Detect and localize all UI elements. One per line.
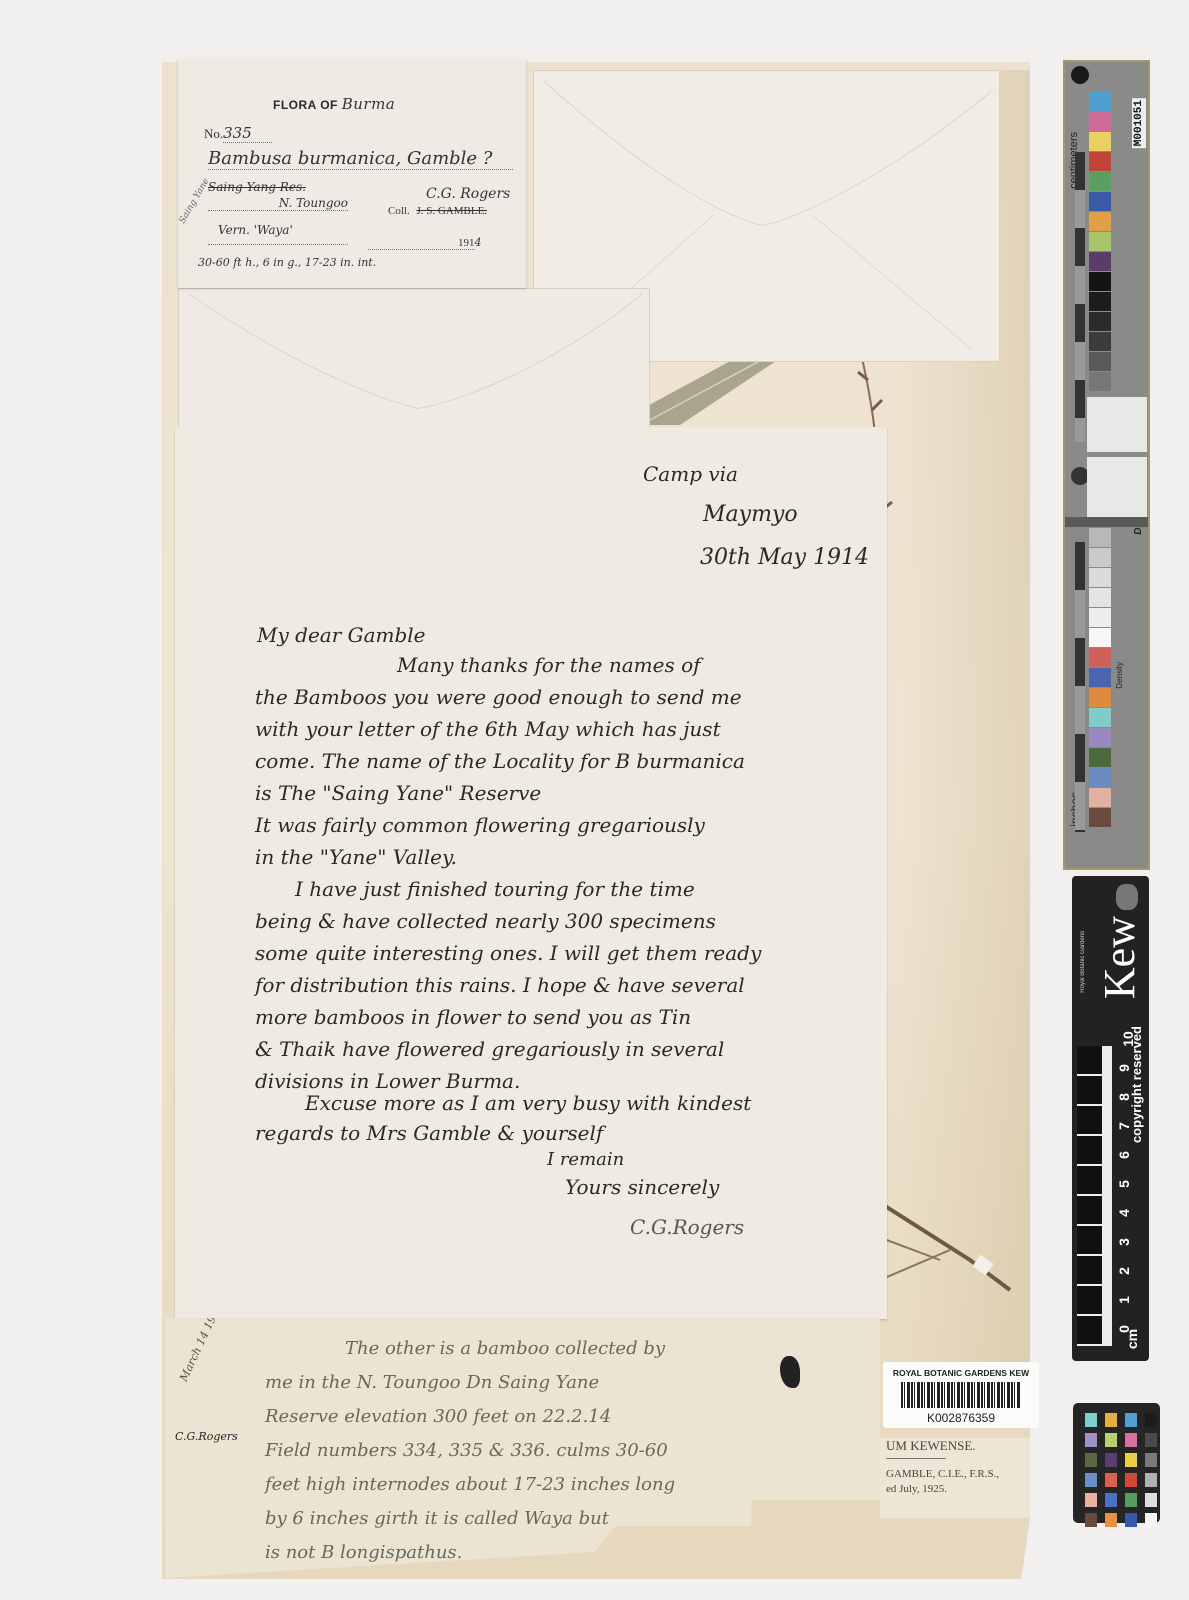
kew-scale-number: 5	[1116, 1180, 1132, 1188]
color-checker-cell	[1125, 1453, 1137, 1467]
letter-place-line2: Maymyo	[703, 502, 798, 527]
label-blank-line	[208, 244, 348, 245]
color-checker-cell	[1125, 1513, 1137, 1527]
color-checker-cell	[1105, 1433, 1117, 1447]
note-line: Field numbers 334, 335 & 336. culms 30-6…	[265, 1440, 668, 1461]
note-line: is not B longispathus.	[265, 1542, 462, 1563]
color-swatch	[1089, 112, 1111, 131]
kew-scale-bar: Kew Royal Botanic Gardens copyright rese…	[1072, 876, 1149, 1361]
color-swatch	[1089, 668, 1111, 687]
letter-line: in the "Yane" Valley.	[255, 845, 457, 869]
kew-scale-number: 7	[1116, 1122, 1132, 1130]
color-checker-cell	[1085, 1453, 1097, 1467]
ruler-resolution-target	[1087, 457, 1147, 517]
color-checker-cell	[1085, 1493, 1097, 1507]
note-line: The other is a bamboo collected by	[345, 1338, 665, 1359]
color-swatch	[1089, 212, 1111, 231]
letter-line: with your letter of the 6th May which ha…	[255, 717, 721, 741]
label-number-row: No.335	[204, 124, 272, 142]
color-checker-cell	[1145, 1493, 1157, 1507]
kew-unit: cm	[1124, 1329, 1140, 1349]
letter-line: is The "Saing Yane" Reserve	[255, 781, 541, 805]
letter-salutation: My dear Gamble	[257, 623, 426, 647]
color-swatch	[1089, 628, 1111, 647]
color-swatch	[1089, 312, 1111, 331]
color-checker-cell	[1125, 1473, 1137, 1487]
collector-struck: J. S. GAMBLE.	[416, 205, 487, 217]
kew-scale-number: 6	[1116, 1151, 1132, 1159]
color-swatch	[1089, 252, 1111, 271]
letter-signature: C.G.Rogers	[630, 1215, 744, 1239]
color-swatch	[1089, 132, 1111, 151]
color-swatch	[1089, 808, 1111, 827]
specimen-number: 335	[223, 124, 272, 143]
ruler-id: M001051	[1132, 98, 1146, 148]
kew-scale-number: 2	[1116, 1267, 1132, 1275]
color-swatch	[1089, 372, 1111, 391]
ruler-swatches-top	[1089, 92, 1111, 392]
vernacular-name: Vern. 'Waya'	[218, 223, 293, 237]
color-checker-cell	[1105, 1493, 1117, 1507]
color-swatch	[1089, 272, 1111, 291]
royal-crest-icon	[1116, 884, 1138, 910]
letter-line: more bamboos in flower to send you as Ti…	[255, 1005, 691, 1029]
letter-line: I have just finished touring for the tim…	[295, 877, 695, 901]
letter-line: come. The name of the Locality for B bur…	[255, 749, 745, 773]
color-swatch	[1089, 728, 1111, 747]
printed-herbarium-label: UM KEWENSE. GAMBLE, C.I.E., F.R.S., ed J…	[880, 1438, 1030, 1518]
color-swatch	[1089, 232, 1111, 251]
letter-line: for distribution this rains. I hope & ha…	[255, 973, 745, 997]
letter-line: being & have collected nearly 300 specim…	[255, 909, 716, 933]
color-swatch	[1089, 788, 1111, 807]
letter-line: regards to Mrs Gamble & yourself	[255, 1121, 603, 1145]
color-swatch	[1089, 648, 1111, 667]
color-checker-card	[1073, 1403, 1160, 1523]
barcode-bars	[901, 1382, 1021, 1408]
color-checker-cell	[1105, 1473, 1117, 1487]
kew-subtitle: Royal Botanic Gardens	[1080, 931, 1086, 993]
locality-line2: N. Toungoo	[208, 196, 348, 211]
locality-line1: Saing Yang Res.	[208, 180, 306, 194]
ruler-density-label: Density	[1115, 662, 1124, 689]
note-line: Reserve elevation 300 feet on 22.2.14	[265, 1406, 611, 1427]
color-checker-cell	[1085, 1433, 1097, 1447]
color-checker-cell	[1085, 1473, 1097, 1487]
kew-logo: Kew	[1094, 916, 1145, 999]
specimen-label: FLORA OF Burma No.335 Bambusa burmanica,…	[178, 58, 526, 288]
kew-scale-number: 8	[1116, 1093, 1132, 1101]
printed-label-line: UM KEWENSE.	[886, 1438, 976, 1454]
letter-line: & Thaik have flowered gregariously in se…	[255, 1037, 724, 1061]
color-checker-cell	[1105, 1453, 1117, 1467]
color-swatch	[1089, 332, 1111, 351]
color-checker-cell	[1125, 1433, 1137, 1447]
color-checker-cell	[1145, 1473, 1157, 1487]
handwritten-letter: Camp via Maymyo 30th May 1914 My dear Ga…	[175, 427, 887, 1319]
label-year: 1914	[368, 236, 482, 249]
label-notes: 30-60 ft h., 6 in g., 17-23 in. int.	[198, 256, 376, 269]
color-swatch	[1089, 172, 1111, 191]
ink-blot	[780, 1356, 800, 1388]
color-swatch	[1089, 352, 1111, 371]
note-line: feet high internodes about 17-23 inches …	[265, 1474, 675, 1495]
ruler-hole	[1071, 66, 1089, 84]
color-swatch	[1089, 768, 1111, 787]
ruler-swatches-bottom	[1089, 528, 1111, 828]
color-swatch	[1089, 548, 1111, 567]
color-checker-cell	[1085, 1413, 1097, 1427]
color-swatch	[1089, 192, 1111, 211]
collector-name: C.G. Rogers	[426, 186, 510, 202]
letter-place-line1: Camp via	[643, 462, 738, 486]
color-swatch	[1089, 152, 1111, 171]
ruler-divider	[1065, 517, 1148, 527]
color-swatch	[1089, 588, 1111, 607]
color-swatch	[1089, 688, 1111, 707]
color-checker-cell	[1085, 1513, 1097, 1527]
ruler-in-scale	[1075, 542, 1085, 832]
color-swatch	[1089, 748, 1111, 767]
color-checker-cell	[1145, 1453, 1157, 1467]
color-checker-cell	[1105, 1413, 1117, 1427]
kew-scale-number: 9	[1116, 1064, 1132, 1072]
printed-label-line: ed July, 1925.	[886, 1483, 947, 1495]
letter-line: Many thanks for the names of	[397, 653, 701, 677]
letter-line: divisions in Lower Burma.	[255, 1069, 520, 1093]
letter-line: It was fairly common flowering gregariou…	[255, 813, 705, 837]
note-line: me in the N. Toungoo Dn Saing Yane	[265, 1372, 599, 1393]
color-checker-cell	[1145, 1513, 1157, 1527]
barcode-label: ROYAL BOTANIC GARDENS KEW K002876359	[883, 1362, 1039, 1428]
letter-line: the Bamboos you were good enough to send…	[255, 685, 742, 709]
ruler-cm-scale	[1075, 152, 1085, 442]
letter-date: 30th May 1914	[700, 545, 869, 570]
color-checker-cell	[1145, 1433, 1157, 1447]
kew-scale-number: 1	[1116, 1296, 1132, 1304]
color-swatch	[1089, 92, 1111, 111]
color-swatch	[1089, 292, 1111, 311]
specimen-envelope-small[interactable]	[178, 288, 650, 433]
kew-scale-number: 3	[1116, 1238, 1132, 1246]
printed-label-rule	[886, 1458, 946, 1459]
kew-scale-number: 10	[1120, 1031, 1136, 1047]
locality-annotation: Saing Yane	[178, 177, 212, 226]
color-swatch	[1089, 568, 1111, 587]
color-swatch	[1089, 528, 1111, 547]
ruler-resolution-target	[1087, 397, 1147, 452]
color-checker-cell	[1145, 1413, 1157, 1427]
color-checker-cell	[1125, 1413, 1137, 1427]
kew-cm-scale	[1077, 1046, 1112, 1346]
barcode-institution: ROYAL BOTANIC GARDENS KEW	[883, 1368, 1039, 1378]
printed-label-line: GAMBLE, C.I.E., F.R.S.,	[886, 1468, 999, 1480]
note-line: by 6 inches girth it is called Waya but	[265, 1508, 609, 1529]
color-swatch	[1089, 608, 1111, 627]
label-header: FLORA OF Burma	[273, 95, 395, 113]
note-side-signature: C.G.Rogers	[175, 1430, 238, 1443]
taxon-name: Bambusa burmanica, Gamble ?	[208, 148, 513, 170]
color-checker-cell	[1105, 1513, 1117, 1527]
letter-closing: Yours sincerely	[565, 1175, 719, 1199]
collector-row: Coll. J. S. GAMBLE.	[388, 205, 487, 217]
color-calibration-ruler: centimeters inches M001051 Don Williams …	[1063, 60, 1150, 870]
letter-closing: I remain	[547, 1149, 624, 1170]
letter-line: some quite interesting ones. I will get …	[255, 941, 761, 965]
color-swatch	[1089, 708, 1111, 727]
letter-line: Excuse more as I am very busy with kinde…	[305, 1091, 751, 1115]
kew-scale-number: 4	[1116, 1209, 1132, 1217]
barcode-id: K002876359	[883, 1411, 1039, 1425]
color-checker-cell	[1125, 1493, 1137, 1507]
label-region: Burma	[342, 95, 396, 113]
